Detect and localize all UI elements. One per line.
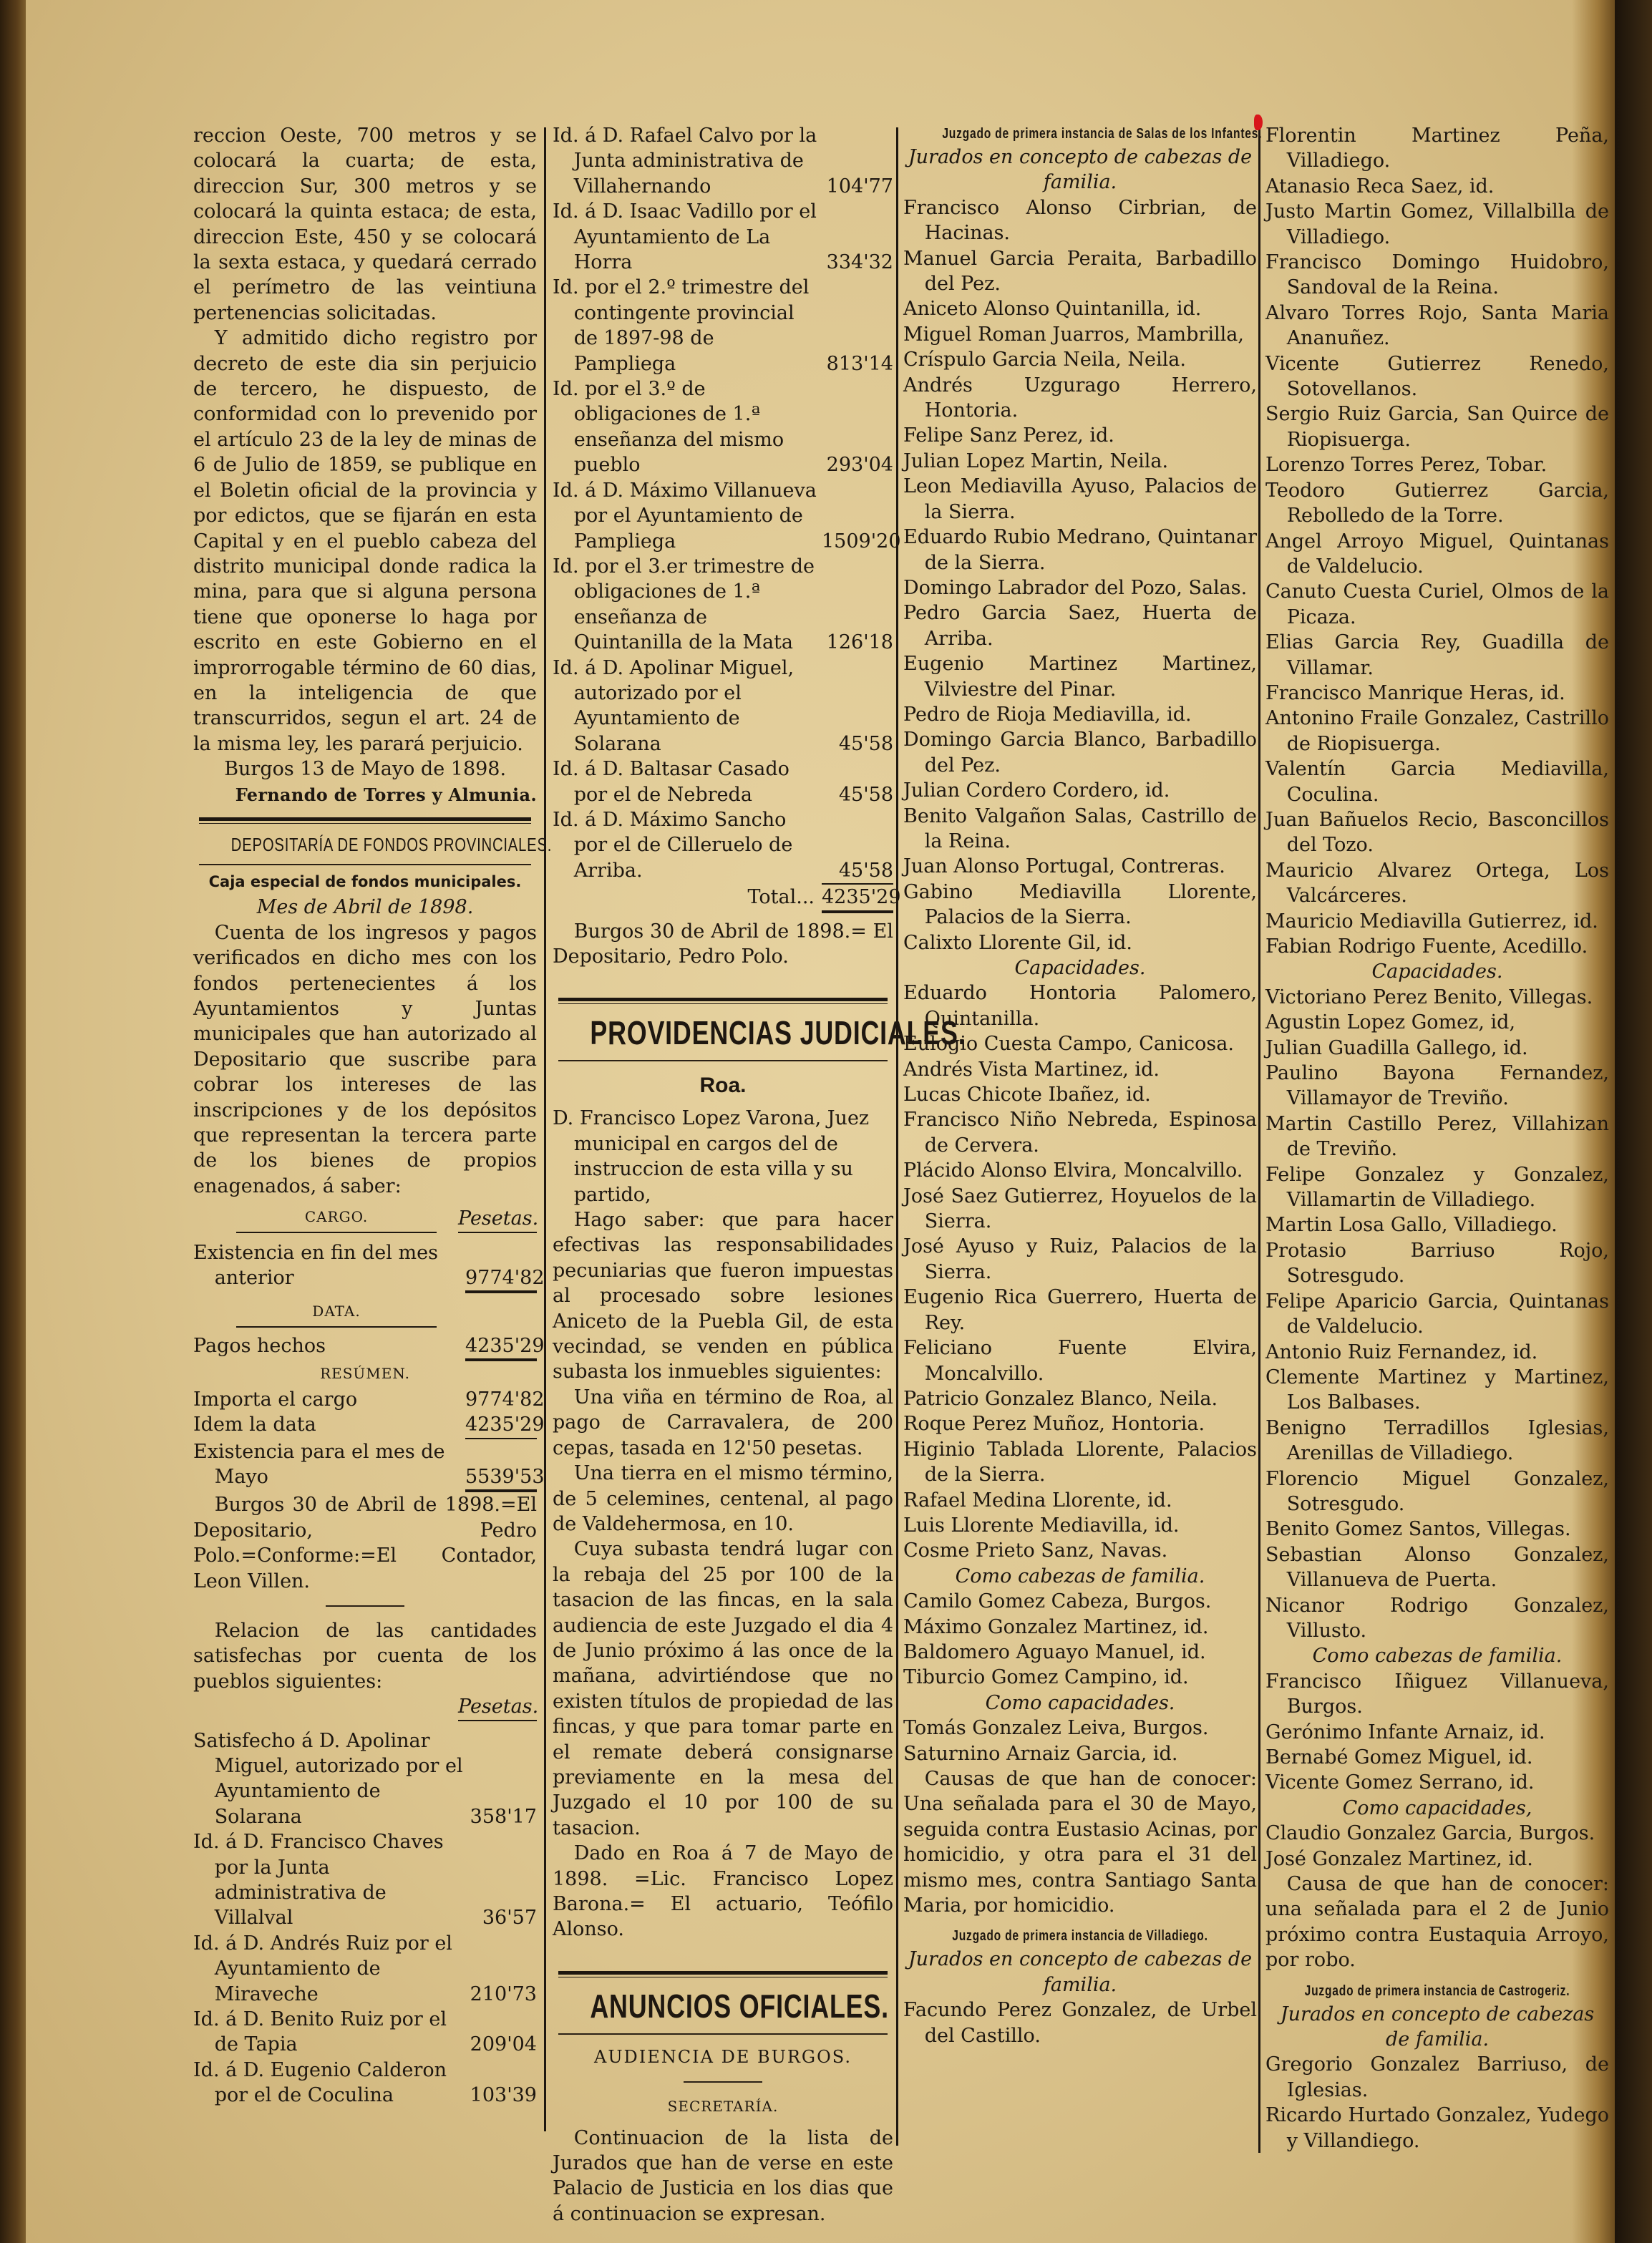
jurados-cabezas-label: Jurados en concepto de cabezas de famili… <box>1265 2002 1609 2053</box>
payment-row: Id. por el 2.º trimestre del contingente… <box>553 275 893 376</box>
juror-entry: Vicente Gutierrez Renedo, Sotovellanos. <box>1265 351 1609 402</box>
juror-entry: Felipe Sanz Perez, id. <box>903 423 1257 448</box>
resumen-label: RESÚMEN. <box>193 1361 537 1386</box>
juror-entry: Eduardo Hontoria Palomero, Quintanilla. <box>903 981 1257 1031</box>
relacion-row: Id. á D. Eugenio Calderon por el de Cocu… <box>193 2058 537 2108</box>
payment-amount: 293'04 <box>822 452 893 477</box>
resumen-row: Idem la data 4235'29 <box>193 1412 537 1437</box>
juror-entry: Camilo Gomez Cabeza, Burgos. <box>903 1589 1257 1614</box>
payment-item: Id. por el 3.º de obligaciones de 1.ª en… <box>553 376 822 478</box>
edict-paragraph: Cuya subasta tendrá lugar con la rebaja … <box>553 1537 893 1841</box>
juror-entry: Calixto Llorente Gil, id. <box>903 930 1257 955</box>
juror-entry: Rafael Medina Llorente, id. <box>903 1488 1257 1513</box>
juror-entry: Bernabé Gomez Miguel, id. <box>1265 1745 1609 1770</box>
juror-entry: Eulogio Cuesta Campo, Canicosa. <box>903 1031 1257 1056</box>
juror-entry: Julian Guadilla Gallego, id. <box>1265 1036 1609 1061</box>
juror-entry: Claudio Gonzalez Garcia, Burgos. <box>1265 1821 1609 1846</box>
jurados-cabezas-label: Jurados en concepto de cabezas de famili… <box>903 1947 1257 1998</box>
juror-entry: Sebastian Alonso Gonzalez, Villanueva de… <box>1265 1542 1609 1593</box>
juror-entry: Máximo Gonzalez Martinez, id. <box>903 1615 1257 1640</box>
relacion-amount: 210'73 <box>465 1982 537 2007</box>
payment-item: Id. á D. Rafael Calvo por la Junta admin… <box>553 123 822 199</box>
amount-rule <box>465 1290 537 1293</box>
judge-intro: D. Francisco Lopez Varona, Juez municipa… <box>553 1106 893 1207</box>
column-rule-3 <box>1258 127 1260 2153</box>
juror-entry: Elias Garcia Rey, Guadilla de Villamar. <box>1265 630 1609 681</box>
payment-amount: 45'58 <box>822 782 893 807</box>
payments-closing: Burgos 30 de Abril de 1898.= El Deposita… <box>553 919 893 970</box>
juror-entry: Francisco Niño Nebreda, Espinosa de Cerv… <box>903 1107 1257 1158</box>
total-amount: 4235'29 <box>822 885 893 910</box>
section-divider <box>199 817 531 824</box>
data-amount: 4235'29 <box>465 1333 537 1358</box>
relacion-item: Id. á D. Andrés Ruiz por el Ayuntamiento… <box>193 1931 465 2007</box>
relacion-row: Satisfecho á D. Apolinar Miguel, autoriz… <box>193 1728 537 1830</box>
total-row: Total... 4235'29 <box>553 885 893 910</box>
juror-entry: Felipe Aparicio Garcia, Quintanas de Val… <box>1265 1289 1609 1340</box>
capacidades-label: Capacidades. <box>903 955 1257 981</box>
relacion-amount: 209'04 <box>465 2032 537 2057</box>
section-divider <box>558 1971 888 1977</box>
relacion-item: Id. á D. Francisco Chaves por la Junta a… <box>193 1829 465 1931</box>
juror-entry: José Gonzalez Martinez, id. <box>1265 1847 1609 1872</box>
payment-amount: 813'14 <box>822 351 893 376</box>
payment-row: Id. á D. Baltasar Casado por el de Nebre… <box>553 756 893 807</box>
column-2: Id. á D. Rafael Calvo por la Junta admin… <box>553 123 893 2227</box>
anuncios-intro: Continuacion de la lista de Jurados que … <box>553 2126 893 2227</box>
juzgado-villadiego-heading: Juzgado de primera instancia de Villadie… <box>942 1925 1218 1947</box>
cargo-amount: 9774'82 <box>465 1265 537 1290</box>
payment-item: Id. á D. Máximo Villanueva por el Ayunta… <box>553 478 822 554</box>
juror-entry: Luis Llorente Mediavilla, id. <box>903 1513 1257 1538</box>
juror-entry: Mauricio Mediavilla Gutierrez, id. <box>1265 909 1609 934</box>
juror-entry: Ricardo Hurtado Gonzalez, Yudego y Villa… <box>1265 2103 1609 2154</box>
juror-entry: Juan Alonso Portugal, Contreras. <box>903 854 1257 879</box>
juror-entry: Leon Mediavilla Ayuso, Palacios de la Si… <box>903 474 1257 525</box>
audiencia-heading: AUDIENCIA DE BURGOS. <box>553 2045 893 2070</box>
juror-entry: Felipe Gonzalez y Gonzalez, Villamartin … <box>1265 1162 1609 1213</box>
payment-item: Id. á D. Baltasar Casado por el de Nebre… <box>553 756 822 807</box>
capacidades-label: Capacidades. <box>1265 959 1609 984</box>
juror-entry: Paulino Bayona Fernandez, Villamayor de … <box>1265 1061 1609 1111</box>
data-row: Pagos hechos 4235'29 <box>193 1333 537 1358</box>
relacion-currency: Pesetas. <box>458 1694 537 1721</box>
payment-row: Id. á D. Apolinar Miguel, autorizado por… <box>553 656 893 757</box>
juror-entry: Feliciano Fuente Elvira, Moncalvillo. <box>903 1335 1257 1386</box>
place-heading: Roa. <box>553 1066 893 1106</box>
relacion-amount: 103'39 <box>465 2083 537 2108</box>
juror-entry: Victoriano Perez Benito, Villegas. <box>1265 985 1609 1010</box>
short-divider <box>684 2081 762 2083</box>
column-4: Florentin Martinez Peña, Villadiego.Atan… <box>1265 123 1609 2154</box>
mine-signature: Fernando de Torres y Almunia. <box>193 782 537 807</box>
relacion-item: Id. á D. Eugenio Calderon por el de Cocu… <box>193 2058 465 2108</box>
payment-row: Id. á D. Máximo Sancho por el de Cilleru… <box>553 807 893 883</box>
edict-paragraph: Hago saber: que para hacer efectivas las… <box>553 1207 893 1385</box>
depositaria-intro: Cuenta de los ingresos y pagos verificad… <box>193 920 537 1199</box>
payment-item: Id. á D. Apolinar Miguel, autorizado por… <box>553 656 822 757</box>
como-capacidades-list: Tomás Gonzalez Leiva, Burgos.Saturnino A… <box>903 1716 1257 1766</box>
juror-entry: Baldomero Aguayo Manuel, id. <box>903 1640 1257 1665</box>
como-cabezas-label: Como cabezas de familia. <box>1265 1643 1609 1668</box>
resumen-item: Importa el cargo <box>193 1387 465 1412</box>
juror-entry: Eugenio Martinez Martinez, Vilviestre de… <box>903 651 1257 702</box>
payment-row: Id. á D. Rafael Calvo por la Junta admin… <box>553 123 893 199</box>
payment-item: Id. por el 3.er trimestre de obligacione… <box>553 554 822 656</box>
juror-entry: Pedro Garcia Saez, Huerta de Arriba. <box>903 600 1257 651</box>
heading-underline <box>199 864 531 865</box>
month-label: Mes de Abril de 1898. <box>193 895 537 920</box>
currency-label: Pesetas. <box>458 1206 537 1232</box>
juror-entry: Tiburcio Gomez Campino, id. <box>903 1665 1257 1690</box>
payment-row: Id. á D. Isaac Vadillo por el Ayuntamien… <box>553 199 893 275</box>
mine-date: Burgos 13 de Mayo de 1898. <box>193 756 537 782</box>
amount-rule <box>822 910 893 913</box>
juror-entry: Justo Martin Gomez, Villalbilla de Villa… <box>1265 199 1609 250</box>
juror-entry: Benigno Terradillos Iglesias, Arenillas … <box>1265 1416 1609 1466</box>
existencia-row: Existencia para el mes de Mayo 5539'53 <box>193 1439 537 1490</box>
salas-capacidades-list: Eduardo Hontoria Palomero, Quintanilla.E… <box>903 981 1257 1563</box>
payment-amount: 45'58 <box>822 858 893 883</box>
juror-entry: Roque Perez Muñoz, Hontoria. <box>903 1411 1257 1436</box>
juror-entry: Florentin Martinez Peña, Villadiego. <box>1265 123 1609 174</box>
cargo-item: Existencia en fin del mes anterior <box>193 1240 465 1291</box>
juror-entry: Críspulo Garcia Neila, Neila. <box>903 347 1257 372</box>
resumen-amount: 9774'82 <box>465 1387 537 1412</box>
data-label: DATA. <box>236 1299 437 1327</box>
villadiego-capacidades-list: Victoriano Perez Benito, Villegas.Agusti… <box>1265 985 1609 1644</box>
como-capacidades-label: Como capacidades, <box>1265 1796 1609 1821</box>
juror-entry: Martin Castillo Perez, Villahizan de Tre… <box>1265 1111 1609 1162</box>
relacion-amount: 358'17 <box>465 1804 537 1829</box>
payment-row: Id. por el 3.er trimestre de obligacione… <box>553 554 893 656</box>
jurados-cabezas-label: Jurados en concepto de cabezas de famili… <box>903 145 1257 195</box>
relacion-amount: 36'57 <box>465 1905 537 1930</box>
juror-entry: Angel Arroyo Miguel, Quintanas de Valdel… <box>1265 529 1609 580</box>
juror-entry: Andrés Vista Martinez, id. <box>903 1057 1257 1082</box>
column-rule-1 <box>544 127 546 2131</box>
juror-entry: Fabian Rodrigo Fuente, Acedillo. <box>1265 934 1609 959</box>
total-label: Total... <box>553 885 822 910</box>
juror-entry: Francisco Domingo Huidobro, Sandoval de … <box>1265 250 1609 301</box>
payment-item: Id. por el 2.º trimestre del contingente… <box>553 275 822 376</box>
juror-entry: Protasio Barriuso Rojo, Sotresgudo. <box>1265 1238 1609 1289</box>
cargo-header: CARGO. Pesetas. <box>193 1205 537 1232</box>
column-rule-2 <box>896 127 898 2146</box>
castrogeriz-cabezas-list: Gregorio Gonzalez Barriuso, de Iglesias.… <box>1265 2052 1609 2154</box>
column-1: reccion Oeste, 700 metros y se colocará … <box>193 123 537 2108</box>
depositaria-heading: DEPOSITARÍA DE FONDOS PROVINCIALES. <box>231 829 499 860</box>
juror-entry: Juan Bañuelos Recio, Basconcillos del To… <box>1265 807 1609 858</box>
section-divider <box>558 998 888 1004</box>
causa-paragraph: Causa de que han de conocer: una señalad… <box>1265 1872 1609 1973</box>
juror-entry: Julian Cordero Cordero, id. <box>903 778 1257 803</box>
juror-entry: Saturnino Arnaiz Garcia, id. <box>903 1741 1257 1766</box>
resumen-amount: 4235'29 <box>465 1412 537 1437</box>
juror-entry: Benito Gomez Santos, Villegas. <box>1265 1517 1609 1542</box>
juror-entry: Andrés Uzgurago Herrero, Hontoria. <box>903 373 1257 424</box>
como-cabezas-list: Francisco Iñiguez Villanueva, Burgos.Ger… <box>1265 1669 1609 1796</box>
payment-amount: 45'58 <box>822 731 893 756</box>
juror-entry: Gabino Mediavilla Llorente, Palacios de … <box>903 880 1257 930</box>
secretaria-heading: SECRETARÍA. <box>553 2094 893 2119</box>
juror-entry: Francisco Manrique Heras, id. <box>1265 681 1609 706</box>
heading-underline <box>558 1060 888 1061</box>
juror-entry: Patricio Gonzalez Blanco, Neila. <box>903 1386 1257 1411</box>
causas-paragraph: Causas de que han de conocer: Una señala… <box>903 1766 1257 1918</box>
juror-entry: Miguel Roman Juarros, Mambrilla, <box>903 322 1257 347</box>
juror-entry: Alvaro Torres Rojo, Santa Maria Ananuñez… <box>1265 301 1609 351</box>
short-divider <box>326 1605 404 1607</box>
juror-entry: José Saez Gutierrez, Hoyuelos de la Sier… <box>903 1184 1257 1235</box>
juror-entry: Eduardo Rubio Medrano, Quintanar de la S… <box>903 525 1257 575</box>
juror-entry: Gerónimo Infante Arnaiz, id. <box>1265 1720 1609 1745</box>
juror-entry: Nicanor Rodrigo Gonzalez, Villusto. <box>1265 1593 1609 1644</box>
juror-entry: Gregorio Gonzalez Barriuso, de Iglesias. <box>1265 2052 1609 2103</box>
como-cabezas-list: Camilo Gomez Cabeza, Burgos.Máximo Gonza… <box>903 1589 1257 1690</box>
payment-amount: 1509'20 <box>822 529 893 554</box>
juror-entry: Cosme Prieto Sanz, Navas. <box>903 1538 1257 1563</box>
payment-row: Id. á D. Máximo Villanueva por el Ayunta… <box>553 478 893 554</box>
payment-item: Id. á D. Máximo Sancho por el de Cilleru… <box>553 807 822 883</box>
juror-entry: Francisco Iñiguez Villanueva, Burgos. <box>1265 1669 1609 1720</box>
juror-entry: Francisco Alonso Cirbrian, de Hacinas. <box>903 195 1257 246</box>
depositaria-closing: Burgos 30 de Abril de 1898.=El Depositar… <box>193 1492 537 1594</box>
providencias-heading: PROVIDENCIAS JUDICIALES. <box>590 1010 855 1056</box>
mine-paragraph-1: reccion Oeste, 700 metros y se colocará … <box>193 123 537 326</box>
juror-entry: Lorenzo Torres Perez, Tobar. <box>1265 452 1609 477</box>
juror-entry: Antonino Fraile Gonzalez, Castrillo de R… <box>1265 706 1609 756</box>
villadiego-cabezas-list: Florentin Martinez Peña, Villadiego.Atan… <box>1265 123 1609 959</box>
payments-list: Id. á D. Rafael Calvo por la Junta admin… <box>553 123 893 883</box>
villadiego-cabezas-list: Facundo Perez Gonzalez, de Urbel del Cas… <box>903 1998 1257 2048</box>
juror-entry: Julian Lopez Martin, Neila. <box>903 449 1257 474</box>
relacion-item: Id. á D. Benito Ruiz por el de Tapia <box>193 2007 465 2058</box>
relacion-intro: Relacion de las cantidades satisfechas p… <box>193 1618 537 1694</box>
resumen-row: Importa el cargo 9774'82 <box>193 1387 537 1412</box>
juror-entry: José Ayuso y Ruiz, Palacios de la Sierra… <box>903 1234 1257 1285</box>
cargo-row: Existencia en fin del mes anterior 9774'… <box>193 1240 537 1291</box>
juror-entry: Higinio Tablada Llorente, Palacios de la… <box>903 1437 1257 1488</box>
data-item: Pagos hechos <box>193 1333 465 1358</box>
juror-entry: Tomás Gonzalez Leiva, Burgos. <box>903 1716 1257 1741</box>
cargo-label: CARGO. <box>236 1205 437 1232</box>
juror-entry: Martin Losa Gallo, Villadiego. <box>1265 1212 1609 1237</box>
juror-entry: Facundo Perez Gonzalez, de Urbel del Cas… <box>903 1998 1257 2048</box>
juror-entry: Eugenio Rica Guerrero, Huerta de Rey. <box>903 1285 1257 1335</box>
payment-item: Id. á D. Isaac Vadillo por el Ayuntamien… <box>553 199 822 275</box>
juror-entry: Florencio Miguel Gonzalez, Sotresgudo. <box>1265 1466 1609 1517</box>
juror-entry: Lucas Chicote Ibañez, id. <box>903 1082 1257 1107</box>
edict-signature: Dado en Roa á 7 de Mayo de 1898. =Lic. F… <box>553 1841 893 1942</box>
edict-paragraph: Una tierra en el mismo término, de 5 cel… <box>553 1461 893 1537</box>
mine-paragraph-2: Y admitido dicho registro por decreto de… <box>193 326 537 756</box>
juror-entry: Canuto Cuesta Curiel, Olmos de la Picaza… <box>1265 579 1609 630</box>
juror-entry: Domingo Labrador del Pozo, Salas. <box>903 575 1257 600</box>
relacion-row: Id. á D. Benito Ruiz por el de Tapia209'… <box>193 2007 537 2058</box>
juror-entry: Agustin Lopez Gomez, id, <box>1265 1010 1609 1035</box>
payment-row: Id. por el 3.º de obligaciones de 1.ª en… <box>553 376 893 478</box>
data-header: DATA. <box>193 1299 537 1327</box>
como-capacidades-label: Como capacidades. <box>903 1690 1257 1716</box>
juror-entry: Teodoro Gutierrez Garcia, Rebolledo de l… <box>1265 478 1609 529</box>
juror-entry: Aniceto Alonso Quintanilla, id. <box>903 296 1257 321</box>
juror-entry: Mauricio Alvarez Ortega, Los Valcárceres… <box>1265 858 1609 909</box>
juror-entry: Pedro de Rioja Mediavilla, id. <box>903 702 1257 727</box>
juror-entry: Clemente Martinez y Martinez, Los Balbas… <box>1265 1365 1609 1416</box>
payment-amount: 334'32 <box>822 250 893 275</box>
salas-cabezas-list: Francisco Alonso Cirbrian, de Hacinas.Ma… <box>903 195 1257 955</box>
existencia-label: Existencia para el mes de Mayo <box>193 1439 465 1490</box>
juror-entry: Vicente Gomez Serrano, id. <box>1265 1770 1609 1795</box>
payment-amount: 126'18 <box>822 630 893 655</box>
como-cabezas-label: Como cabezas de familia. <box>903 1564 1257 1589</box>
resumen-item: Idem la data <box>193 1412 465 1437</box>
juror-entry: Benito Valgañon Salas, Castrillo de la R… <box>903 804 1257 855</box>
scan-right-edge <box>1615 0 1652 2243</box>
relacion-item: Satisfecho á D. Apolinar Miguel, autoriz… <box>193 1728 465 1830</box>
anuncios-heading: ANUNCIOS OFICIALES. <box>590 1983 855 2029</box>
juror-entry: Sergio Ruiz Garcia, San Quirce de Riopis… <box>1265 402 1609 452</box>
juror-entry: Antonio Ruiz Fernandez, id. <box>1265 1340 1609 1365</box>
juror-entry: Manuel Garcia Peraita, Barbadillo del Pe… <box>903 246 1257 297</box>
relacion-list: Satisfecho á D. Apolinar Miguel, autoriz… <box>193 1728 537 2108</box>
column-3: Juzgado de primera instancia de Salas de… <box>903 123 1257 2048</box>
scan-left-edge <box>0 0 29 2243</box>
juzgado-castrogeriz-heading: Juzgado de primera instancia de Castroge… <box>1303 1980 1571 2002</box>
juror-entry: Atanasio Reca Saez, id. <box>1265 174 1609 199</box>
relacion-row: Id. á D. Francisco Chaves por la Junta a… <box>193 1829 537 1931</box>
edict-paragraph: Una viña en término de Roa, al pago de C… <box>553 1385 893 1461</box>
juror-entry: Plácido Alonso Elvira, Moncalvillo. <box>903 1158 1257 1183</box>
juror-entry: Domingo Garcia Blanco, Barbadillo del Pe… <box>903 727 1257 778</box>
payment-amount: 104'77 <box>822 174 893 199</box>
caja-subheading: Caja especial de fondos municipales. <box>193 870 537 895</box>
como-capacidades-list: Claudio Gonzalez Garcia, Burgos.José Gon… <box>1265 1821 1609 1872</box>
relacion-row: Id. á D. Andrés Ruiz por el Ayuntamiento… <box>193 1931 537 2007</box>
juror-entry: Valentín Garcia Mediavilla, Coculina. <box>1265 756 1609 807</box>
existencia-amount: 5539'53 <box>465 1464 537 1489</box>
juzgado-salas-heading: Juzgado de primera instancia de Salas de… <box>942 123 1218 145</box>
heading-underline <box>558 2033 888 2035</box>
